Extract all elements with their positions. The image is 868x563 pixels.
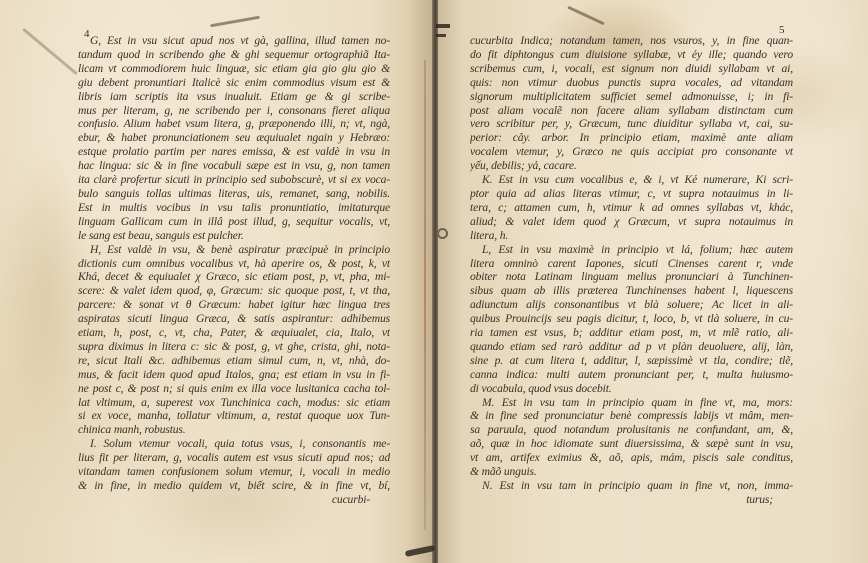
left-page: 4 G, Est in vsu sicut apud nos vt gà, ga… <box>0 0 434 563</box>
text-line: sine p. at cum litera t, additur, l, sæp… <box>470 354 793 368</box>
text-line: tera, c; attamen cum, h, vtimur k ad omn… <box>470 201 793 215</box>
text-line: lius fit per literam, g, vocalis autem e… <box>78 451 390 465</box>
text-line: aõ, quæ in hoc idiomate sunt diuersissim… <box>470 437 793 451</box>
text-line: yếu, debilis; yả, cacare. <box>470 159 793 173</box>
text-line: obiter nota Latinam linguam melius pronu… <box>470 270 793 284</box>
binding-clip <box>436 34 446 37</box>
text-line: H, Est valdè in vsu, & benè aspiratur pr… <box>78 243 390 257</box>
text-line: G, Est in vsu sicut apud nos vt gà, gall… <box>78 34 390 48</box>
text-line: Est in multis vocibus in vsu talis pronu… <box>78 201 390 215</box>
text-line: vocalem vtemur, y, Græco ne quis accipia… <box>470 145 793 159</box>
text-line: sibus quam ab illis præterea Tunchinense… <box>470 284 793 298</box>
catchword: cucurbi- <box>78 493 390 507</box>
text-line: chinica manh, robustus. <box>78 423 390 437</box>
water-stain <box>0 150 90 450</box>
text-line: quando etiam sed rarò additur ad p vt pl… <box>470 340 793 354</box>
text-line: etiam, h, post, c, vt, cha, Pater, & æqu… <box>78 326 390 340</box>
text-line: le sang est beau, sanguis est pulcher. <box>78 229 390 243</box>
text-line: supra diximus in litera c: sic & post, g… <box>78 340 390 354</box>
paper-tear <box>210 16 260 28</box>
text-line: ita clarè profertur sicuti in principio … <box>78 173 390 187</box>
text-line: si ex voce, manha, tollatur vltimum, a, … <box>78 409 390 423</box>
page-text: G, Est in vsu sicut apud nos vt gà, gall… <box>78 34 390 507</box>
text-line: mus, & facit idem quod apud Italos, gna;… <box>78 368 390 382</box>
text-line: canna indica: multi autem pronunciant pe… <box>470 368 793 382</box>
text-line: licam vt commodiorem huic linguæ, sic et… <box>78 62 390 76</box>
text-line: hac lingua: sic & in fine vocabuli sæpe … <box>78 159 390 173</box>
text-line: signorum multiplicitatem sufficiet semel… <box>470 90 793 104</box>
binding-thread <box>424 60 426 530</box>
text-line: di vocabula, quod vsus docebit. <box>470 382 793 396</box>
text-line: quis: non vtimur duobus punctis supra vo… <box>470 76 793 90</box>
text-line: parcere: & sonat vt θ Græcum: habet igit… <box>78 298 390 312</box>
text-line: aliud; & valet idem quod χ Græcum, vt su… <box>470 215 793 229</box>
text-line: mus per literam, g, ne scribendo per i, … <box>78 104 390 118</box>
paper-tear <box>22 28 78 75</box>
text-line: & mãõ unguis. <box>470 465 793 479</box>
text-line: litera, h. <box>470 229 793 243</box>
book-spread: 4 G, Est in vsu sicut apud nos vt gà, ga… <box>0 0 868 563</box>
right-page: 5 cucurbita Indica; notandum tamen, nos … <box>436 0 868 563</box>
text-line: ne post c, & post n; si quis enim ex ill… <box>78 382 390 396</box>
text-line: confusio. Alium habet vsum litera, g, pr… <box>78 117 390 131</box>
text-line: ebur, & habet pronunciationem seu æquiua… <box>78 131 390 145</box>
text-line: ria tamen est vsus, b; additur etiam pos… <box>470 326 793 340</box>
text-line: scere: & valet idem quod, φ, Græcum: sic… <box>78 284 390 298</box>
text-line: scribemus cum, i, vocali, est signum non… <box>470 62 793 76</box>
text-line: adiunctum alijs consonantibus vt blà sol… <box>470 298 793 312</box>
text-line: vt am, artifex eximius &, aõ, apis, mám,… <box>470 451 793 465</box>
text-line: & in fine, in medio quidem vt, biết scir… <box>78 479 390 493</box>
catchword: turus; <box>470 493 793 507</box>
text-line: L, Est in vsu maximè in principio vt lá,… <box>470 243 793 257</box>
text-line: N. Est in vsu tam in principio quam in f… <box>470 479 793 493</box>
text-line: sa paruula, quod notandum prolusitanis n… <box>470 423 793 437</box>
text-line: linguam Gallicam cum in illâ post illud,… <box>78 215 390 229</box>
text-line: ptor quia ad alias literas vtimur, c, vt… <box>470 187 793 201</box>
text-line: lat vltimum, a, superest vox Tunchinica … <box>78 396 390 410</box>
text-line: M. Est in vsu tam in principio quam in f… <box>470 396 793 410</box>
text-line: vero scribitur per, y, Græcum, tunc diui… <box>470 117 793 131</box>
page-text: cucurbita Indica; notandum tamen, nos vs… <box>470 34 793 507</box>
text-line: estque prolatio partim per nares emissa,… <box>78 145 390 159</box>
text-line: litera omninò carent Iapones, sicuti Cin… <box>470 257 793 271</box>
text-line: K. Est in vsu cum vocalibus e, & i, vt K… <box>470 173 793 187</box>
text-line: dictionis cum omnibus vocalibus vt, hà a… <box>78 257 390 271</box>
text-line: post aliam vocalẽ non facere aliam sylla… <box>470 104 793 118</box>
text-line: tandum quod in scribendo ghe & ghi seque… <box>78 48 390 62</box>
text-line: quibus Prouincijs seu pagis dicitur, t, … <box>470 312 793 326</box>
text-line: Khá, decet & equiualet χ Græco, sic etia… <box>78 270 390 284</box>
text-line: bulo sanguis tollas ultimas literas, uis… <box>78 187 390 201</box>
text-line: I. Solum vtemur vocali, quia totus vsus,… <box>78 437 390 451</box>
binding-ring <box>437 228 448 239</box>
text-line: vitandam tamen confusionem solum vtemur,… <box>78 465 390 479</box>
text-line: giu debent pronuntiari Italicè sic enim … <box>78 76 390 90</box>
text-line: re, sicut Itali &c. adhibemus etiam simu… <box>78 354 390 368</box>
book-spine <box>432 0 438 563</box>
gutter-shadow <box>406 0 432 563</box>
text-line: perior: cây. arbor. In principio etiam, … <box>470 131 793 145</box>
paper-tear <box>567 6 605 26</box>
text-line: do fit diphtongus cum diuisione syllabæ,… <box>470 48 793 62</box>
binding-clip <box>436 24 450 28</box>
text-line: & in fine sed pronunciatur benè compress… <box>470 409 793 423</box>
text-line: cucurbita Indica; notandum tamen, nos vs… <box>470 34 793 48</box>
text-line: libris iam scriptis ita vsus inualuit. E… <box>78 90 390 104</box>
text-line: aspiratas sicuti lingua Græca, & satis a… <box>78 312 390 326</box>
